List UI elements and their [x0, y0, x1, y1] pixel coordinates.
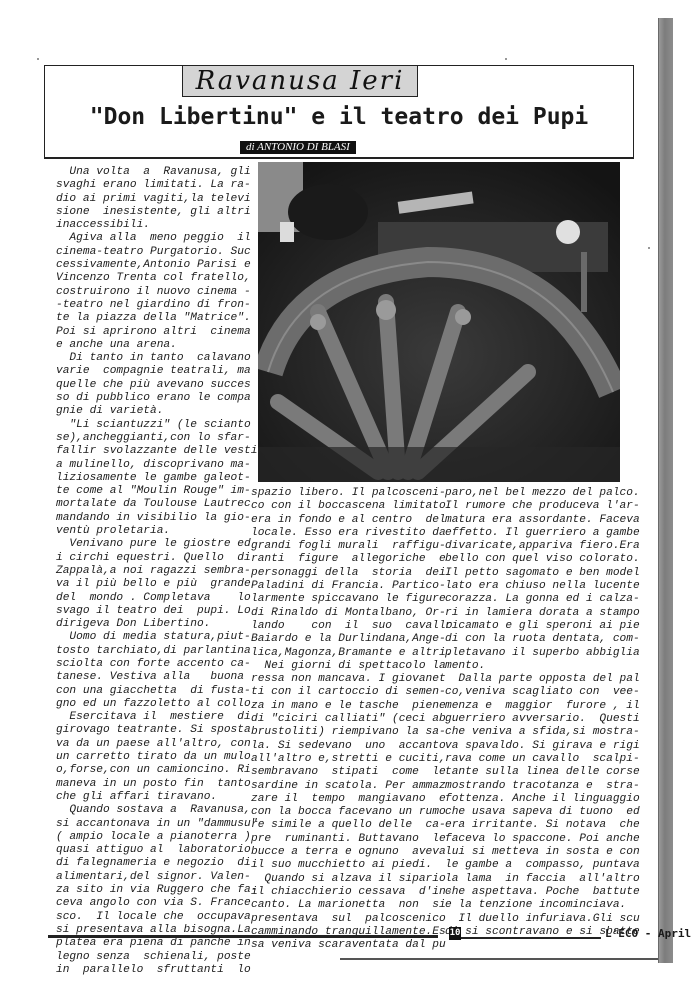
- page-number: 10: [449, 927, 461, 940]
- magazine-page: Ravanusa Ieri "Don Libertinu" e il teatr…: [0, 0, 694, 981]
- scan-speck: [648, 247, 650, 249]
- puppet-cart-wheel-image: [258, 162, 620, 482]
- column-bottom-rule: [48, 935, 438, 938]
- lower-divider: [340, 958, 658, 960]
- scan-edge-shadow: [658, 18, 673, 963]
- byline: di ANTONIO DI BLASI: [240, 141, 356, 154]
- publication-name: L'ECO - April: [605, 927, 691, 940]
- text-column-2: spazio libero. Il palcosceni- co con il …: [251, 487, 452, 952]
- section-label-box: Ravanusa Ieri: [182, 65, 418, 97]
- article-photo: [258, 162, 620, 482]
- text-column-1: Una volta a Ravanusa, gli svaghi erano l…: [56, 166, 257, 977]
- text-column-3: paro,nel bel mezzo del palco. Il rumore …: [445, 487, 640, 939]
- article-title: "Don Libertinu" e il teatro dei Pupi: [45, 104, 633, 130]
- section-label: Ravanusa Ieri: [196, 66, 405, 96]
- scan-speck: [505, 58, 507, 60]
- scan-speck: [37, 58, 39, 60]
- page-footer: 10 L'ECO - April: [449, 927, 659, 943]
- footer-rule: [461, 937, 601, 939]
- article-header: Ravanusa Ieri "Don Libertinu" e il teatr…: [44, 65, 634, 159]
